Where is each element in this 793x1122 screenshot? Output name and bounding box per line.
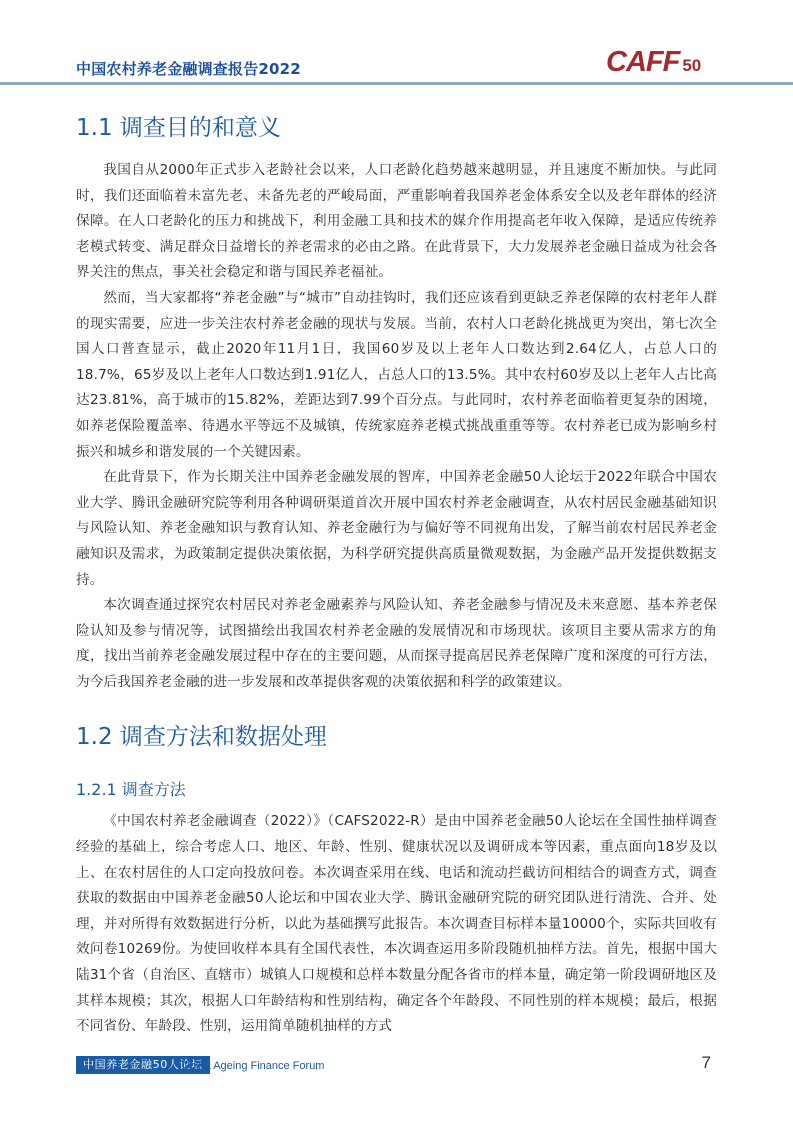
logo-number: 50 (682, 56, 701, 75)
page-number: 7 (702, 1053, 711, 1073)
forum-english-name: China Ageing Finance Forum (182, 1057, 324, 1075)
paragraph: 在此背景下，作为长期关注中国养老金融发展的智库，中国养老金融50人论坛于2022… (76, 465, 717, 593)
page-footer: 中国养老金融50人论坛 China Ageing Finance Forum 7 (76, 1056, 717, 1076)
report-title: 中国农村养老金融调查报告2022 (76, 58, 301, 79)
paragraph: 《中国农村养老金融调查（2022）》（CAFS2022-R）是由中国养老金融50… (76, 809, 717, 1039)
paragraph: 然而，当大家都将“养老金融”与“城市”自动挂钩时，我们还应该看到更缺乏养老保障的… (76, 286, 717, 465)
section-heading-1-1: 1.1 调查目的和意义 (76, 108, 717, 148)
section-heading-1-2: 1.2 调查方法和数据处理 (76, 717, 717, 757)
logo-text: CAFF (606, 46, 679, 78)
caff50-logo: CAFF50 (606, 46, 701, 79)
subsection-heading-1-2-1: 1.2.1 调查方法 (76, 775, 717, 805)
header-divider (0, 82, 793, 85)
paragraph: 本次调查通过探究农村居民对养老金融素养与风险认知、养老金融参与情况及未来意愿、基… (76, 593, 717, 695)
page-content: 1.1 调查目的和意义 我国自从2000年正式步入老龄社会以来，人口老龄化趋势越… (76, 108, 717, 1040)
paragraph: 我国自从2000年正式步入老龄社会以来，人口老龄化趋势越来越明显，并且速度不断加… (76, 158, 717, 286)
page-header: 中国农村养老金融调查报告2022 CAFF50 (0, 0, 793, 84)
